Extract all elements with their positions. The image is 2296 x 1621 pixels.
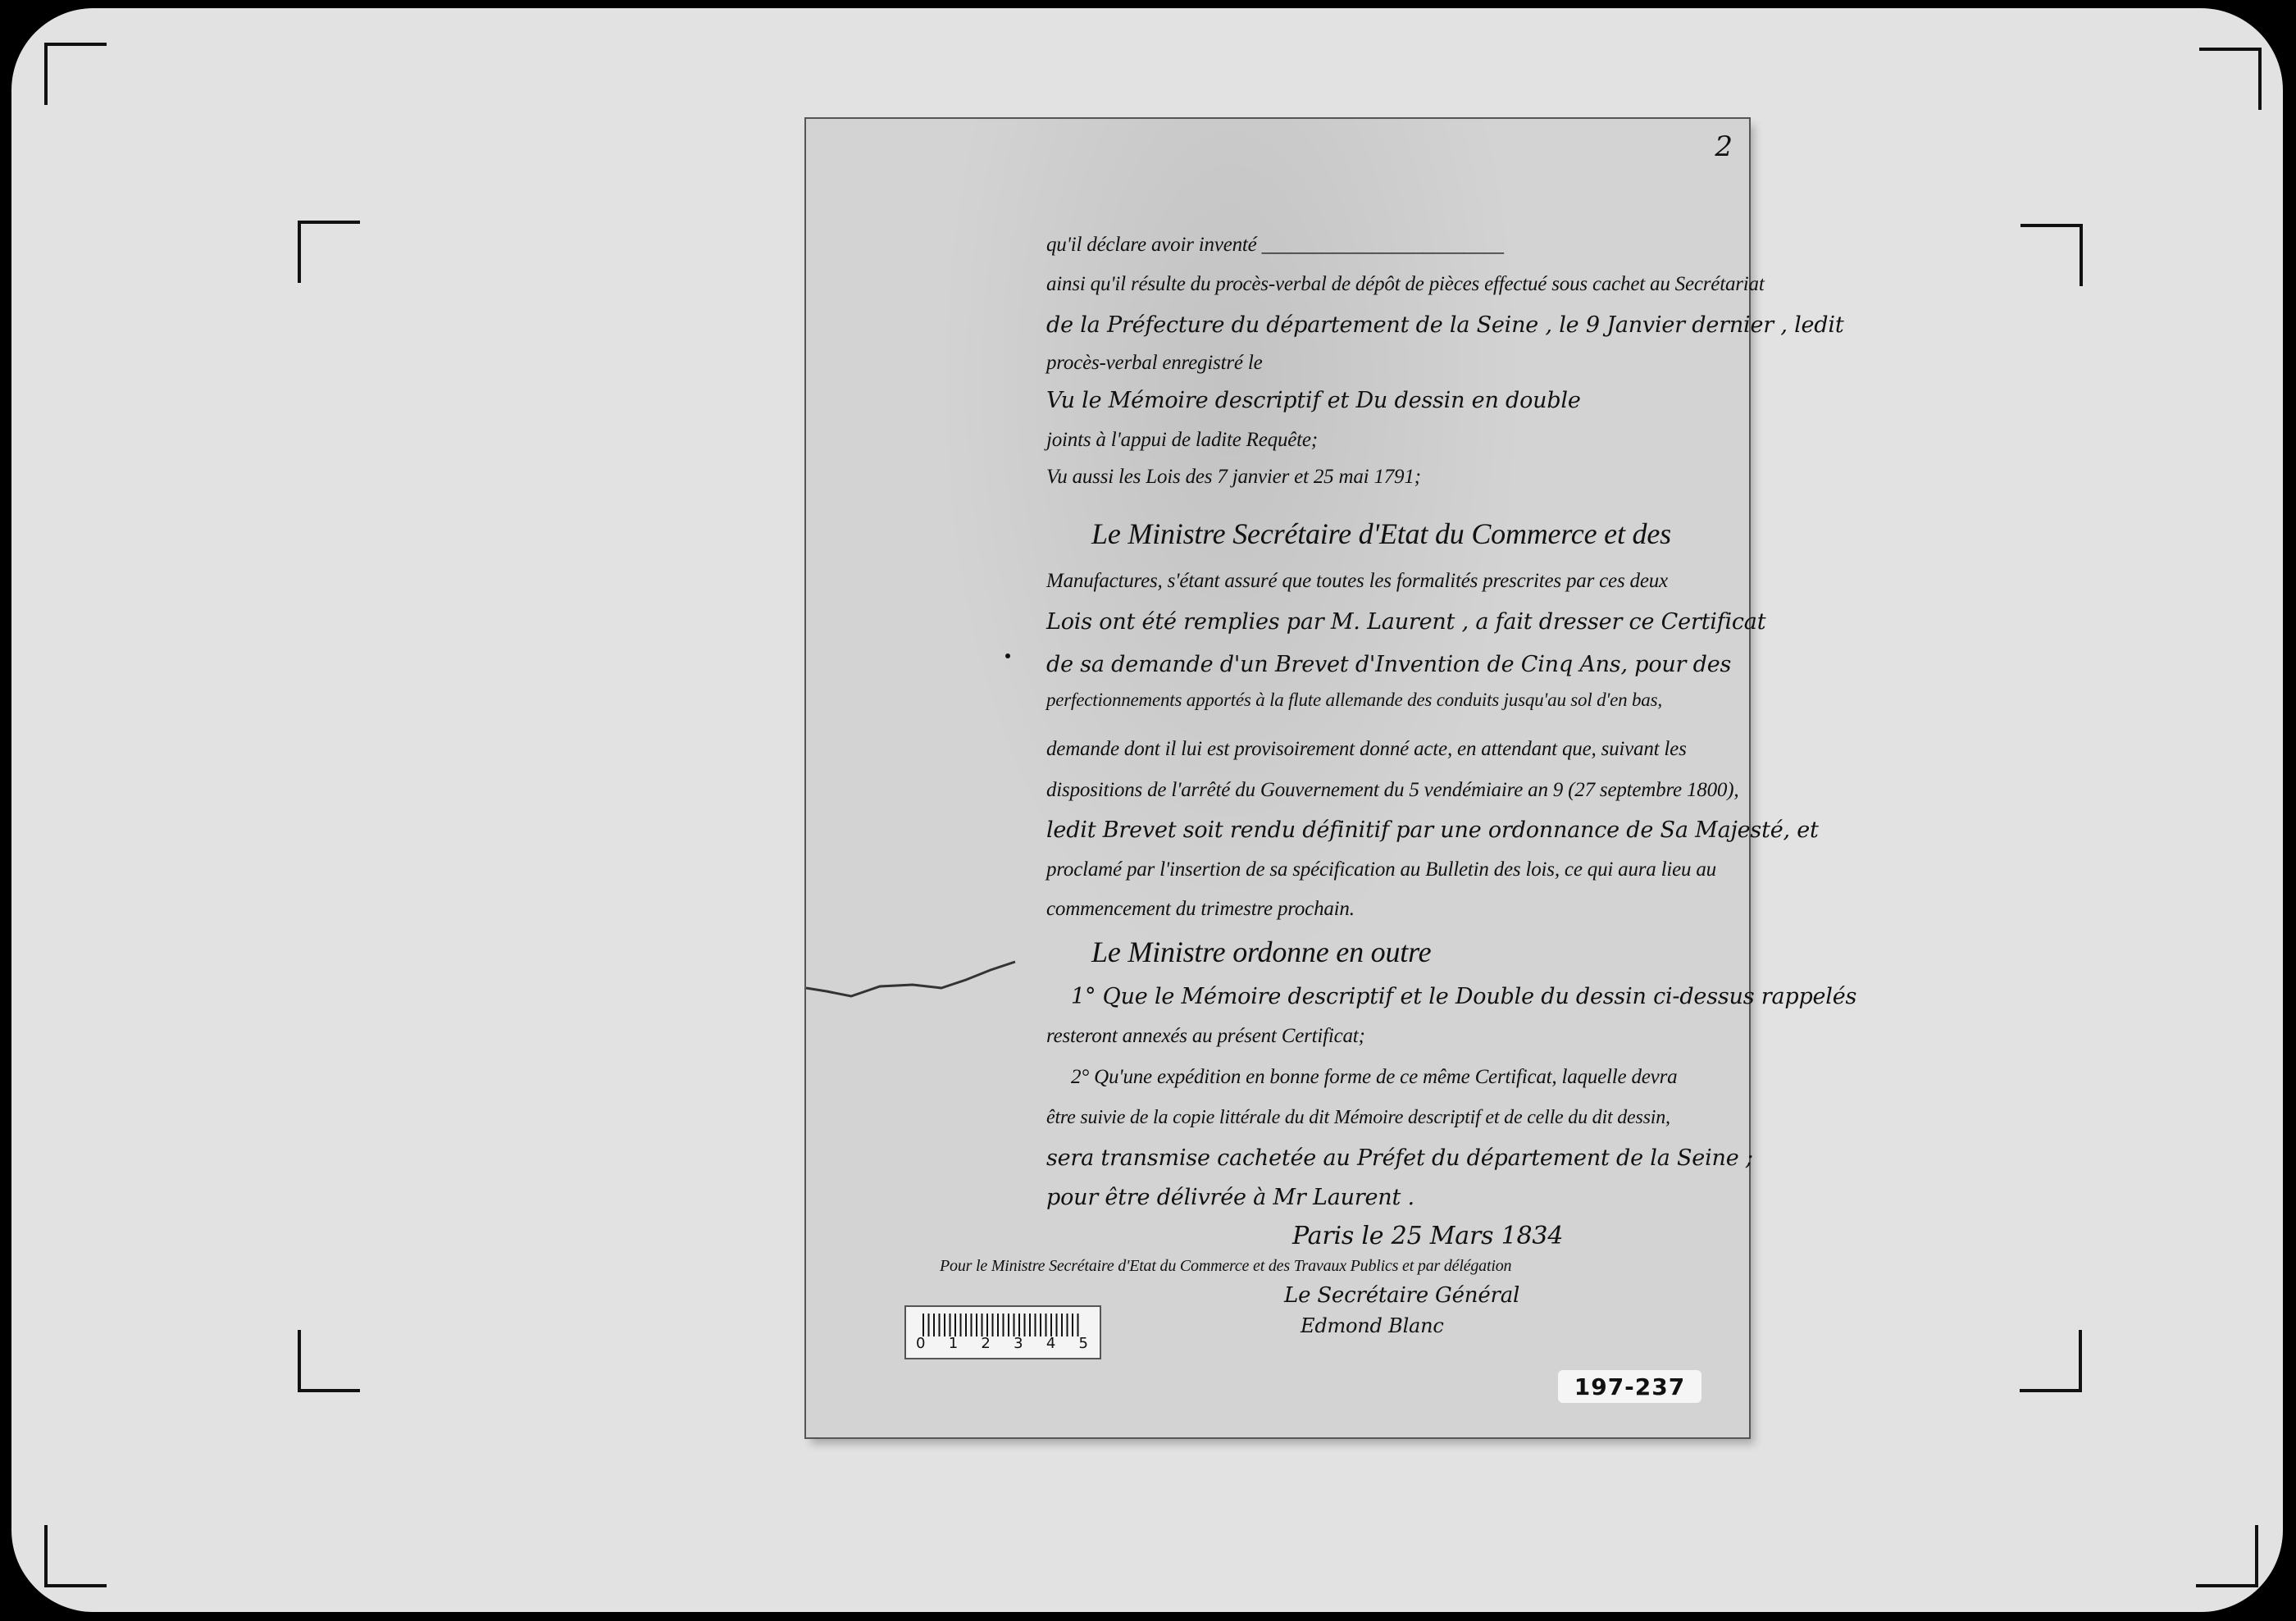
scale-number: 5 — [1079, 1335, 1088, 1352]
text-line: de la Préfecture du département de la Se… — [1046, 312, 1843, 338]
text-line: être suivie de la copie littérale du dit… — [1046, 1107, 1670, 1129]
text-line: joints à l'appui de ladite Requête; — [1046, 429, 1318, 452]
crop-mark-bottom-right — [2196, 1525, 2258, 1587]
text-line: 2° Qu'une expédition en bonne forme de c… — [1071, 1066, 1677, 1089]
text-line: sera transmise cachetée au Préfet du dép… — [1046, 1145, 1753, 1171]
crop-mark-bottom-left — [44, 1525, 107, 1587]
text-line: procès-verbal enregistré le — [1046, 352, 1263, 375]
margin-dot — [1005, 653, 1010, 658]
crop-mark-top-right — [2199, 48, 2262, 110]
text-line: Vu le Mémoire descriptif et Du dessin en… — [1046, 388, 1581, 413]
inner-crop-mark-bottom-right — [2020, 1330, 2082, 1392]
text-line: ledit Brevet soit rendu définitif par un… — [1046, 817, 1819, 843]
text-line: dispositions de l'arrêté du Gouvernement… — [1046, 779, 1738, 802]
scale-numbers: 0 1 2 3 4 5 — [916, 1335, 1088, 1352]
signature: Edmond Blanc — [1301, 1314, 1444, 1337]
folio-number: 2 — [1715, 130, 1733, 163]
text-line: Vu aussi les Lois des 7 janvier et 25 ma… — [1046, 466, 1421, 489]
scale-number: 3 — [1014, 1335, 1023, 1352]
text-line: qu'il déclare avoir inventé ____________… — [1046, 234, 1504, 257]
text-line: proclamé par l'insertion de sa spécifica… — [1046, 858, 1716, 881]
text-line: perfectionnements apportés à la flute al… — [1046, 690, 1662, 711]
scale-number: 1 — [949, 1335, 958, 1352]
crop-mark-top-left — [44, 43, 107, 105]
inner-crop-mark-top-left — [298, 221, 360, 283]
secretary-title: Le Secrétaire Général — [1284, 1283, 1519, 1308]
delegation-line: Pour le Ministre Secrétaire d'Etat du Co… — [940, 1257, 1511, 1276]
paper-crack — [806, 955, 1019, 1004]
scale-number: 4 — [1046, 1335, 1055, 1352]
scale-number: 0 — [916, 1335, 925, 1352]
text-line: ainsi qu'il résulte du procès-verbal de … — [1046, 273, 1765, 296]
text-line: Le Ministre Secrétaire d'Etat du Commerc… — [1091, 517, 1671, 551]
reference-label: 197-237 — [1558, 1370, 1701, 1403]
text-line: Le Ministre ordonne en outre — [1091, 935, 1431, 969]
inner-crop-mark-top-right — [2020, 224, 2083, 286]
text-line: demande dont il lui est provisoirement d… — [1046, 738, 1687, 761]
scale-number: 2 — [981, 1335, 990, 1352]
measurement-scale-bar: 0 1 2 3 4 5 — [904, 1305, 1101, 1359]
document-page: 2 qu'il déclare avoir inventé __________… — [806, 119, 1749, 1437]
text-line: 1° Que le Mémoire descriptif et le Doubl… — [1071, 984, 1856, 1009]
scale-ticks — [922, 1314, 1082, 1336]
inner-crop-mark-bottom-left — [298, 1330, 360, 1392]
text-line: commencement du trimestre prochain. — [1046, 898, 1355, 921]
date-line: Paris le 25 Mars 1834 — [1292, 1222, 1563, 1250]
text-line: resteront annexés au présent Certificat; — [1046, 1025, 1365, 1048]
text-line: de sa demande d'un Brevet d'Invention de… — [1046, 652, 1731, 677]
text-line: Lois ont été remplies par M. Laurent , a… — [1046, 609, 1765, 635]
text-line: Manufactures, s'étant assuré que toutes … — [1046, 570, 1668, 593]
text-line: pour être délivrée à Mr Laurent . — [1046, 1185, 1414, 1210]
